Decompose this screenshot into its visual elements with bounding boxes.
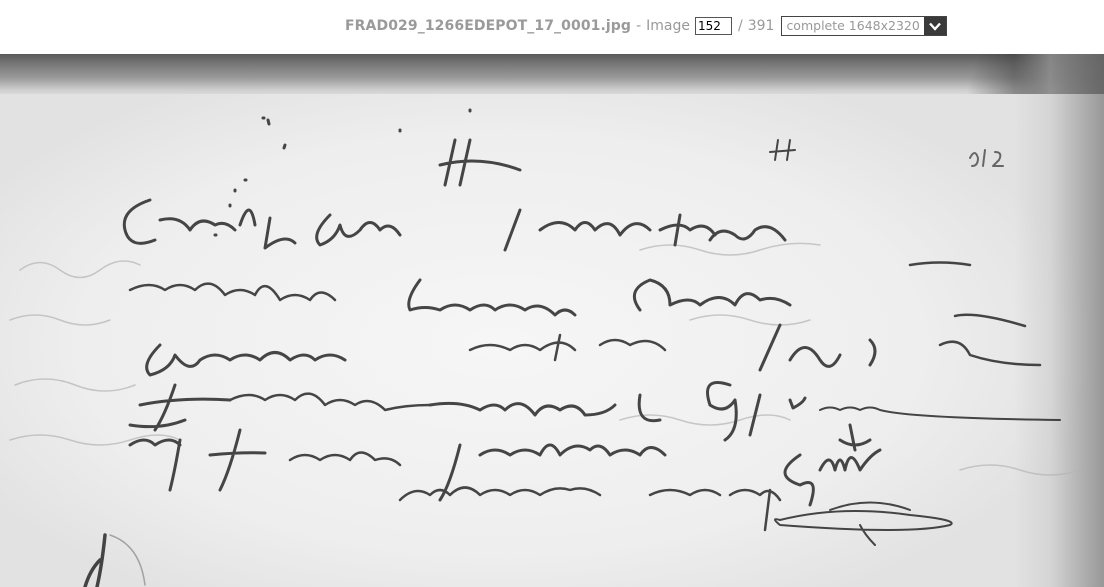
page-number-input[interactable]	[695, 17, 732, 35]
separator: -	[636, 18, 641, 34]
viewer-header: FRAD029_1266EDEPOT_17_0001.jpg - Image /…	[0, 0, 1104, 54]
resolution-selected-value: complete 1648x2320	[782, 17, 923, 35]
total-pages: 391	[748, 18, 775, 34]
total-separator: /	[738, 18, 743, 34]
file-name: FRAD029_1266EDEPOT_17_0001.jpg	[345, 18, 631, 34]
handwritten-text-image	[0, 54, 1104, 587]
document-image-viewer[interactable]	[0, 54, 1104, 587]
image-label: Image	[646, 18, 690, 34]
chevron-down-icon[interactable]	[924, 17, 946, 35]
resolution-select[interactable]: complete 1648x2320	[781, 16, 946, 36]
image-navigation: FRAD029_1266EDEPOT_17_0001.jpg - Image /…	[345, 16, 947, 36]
